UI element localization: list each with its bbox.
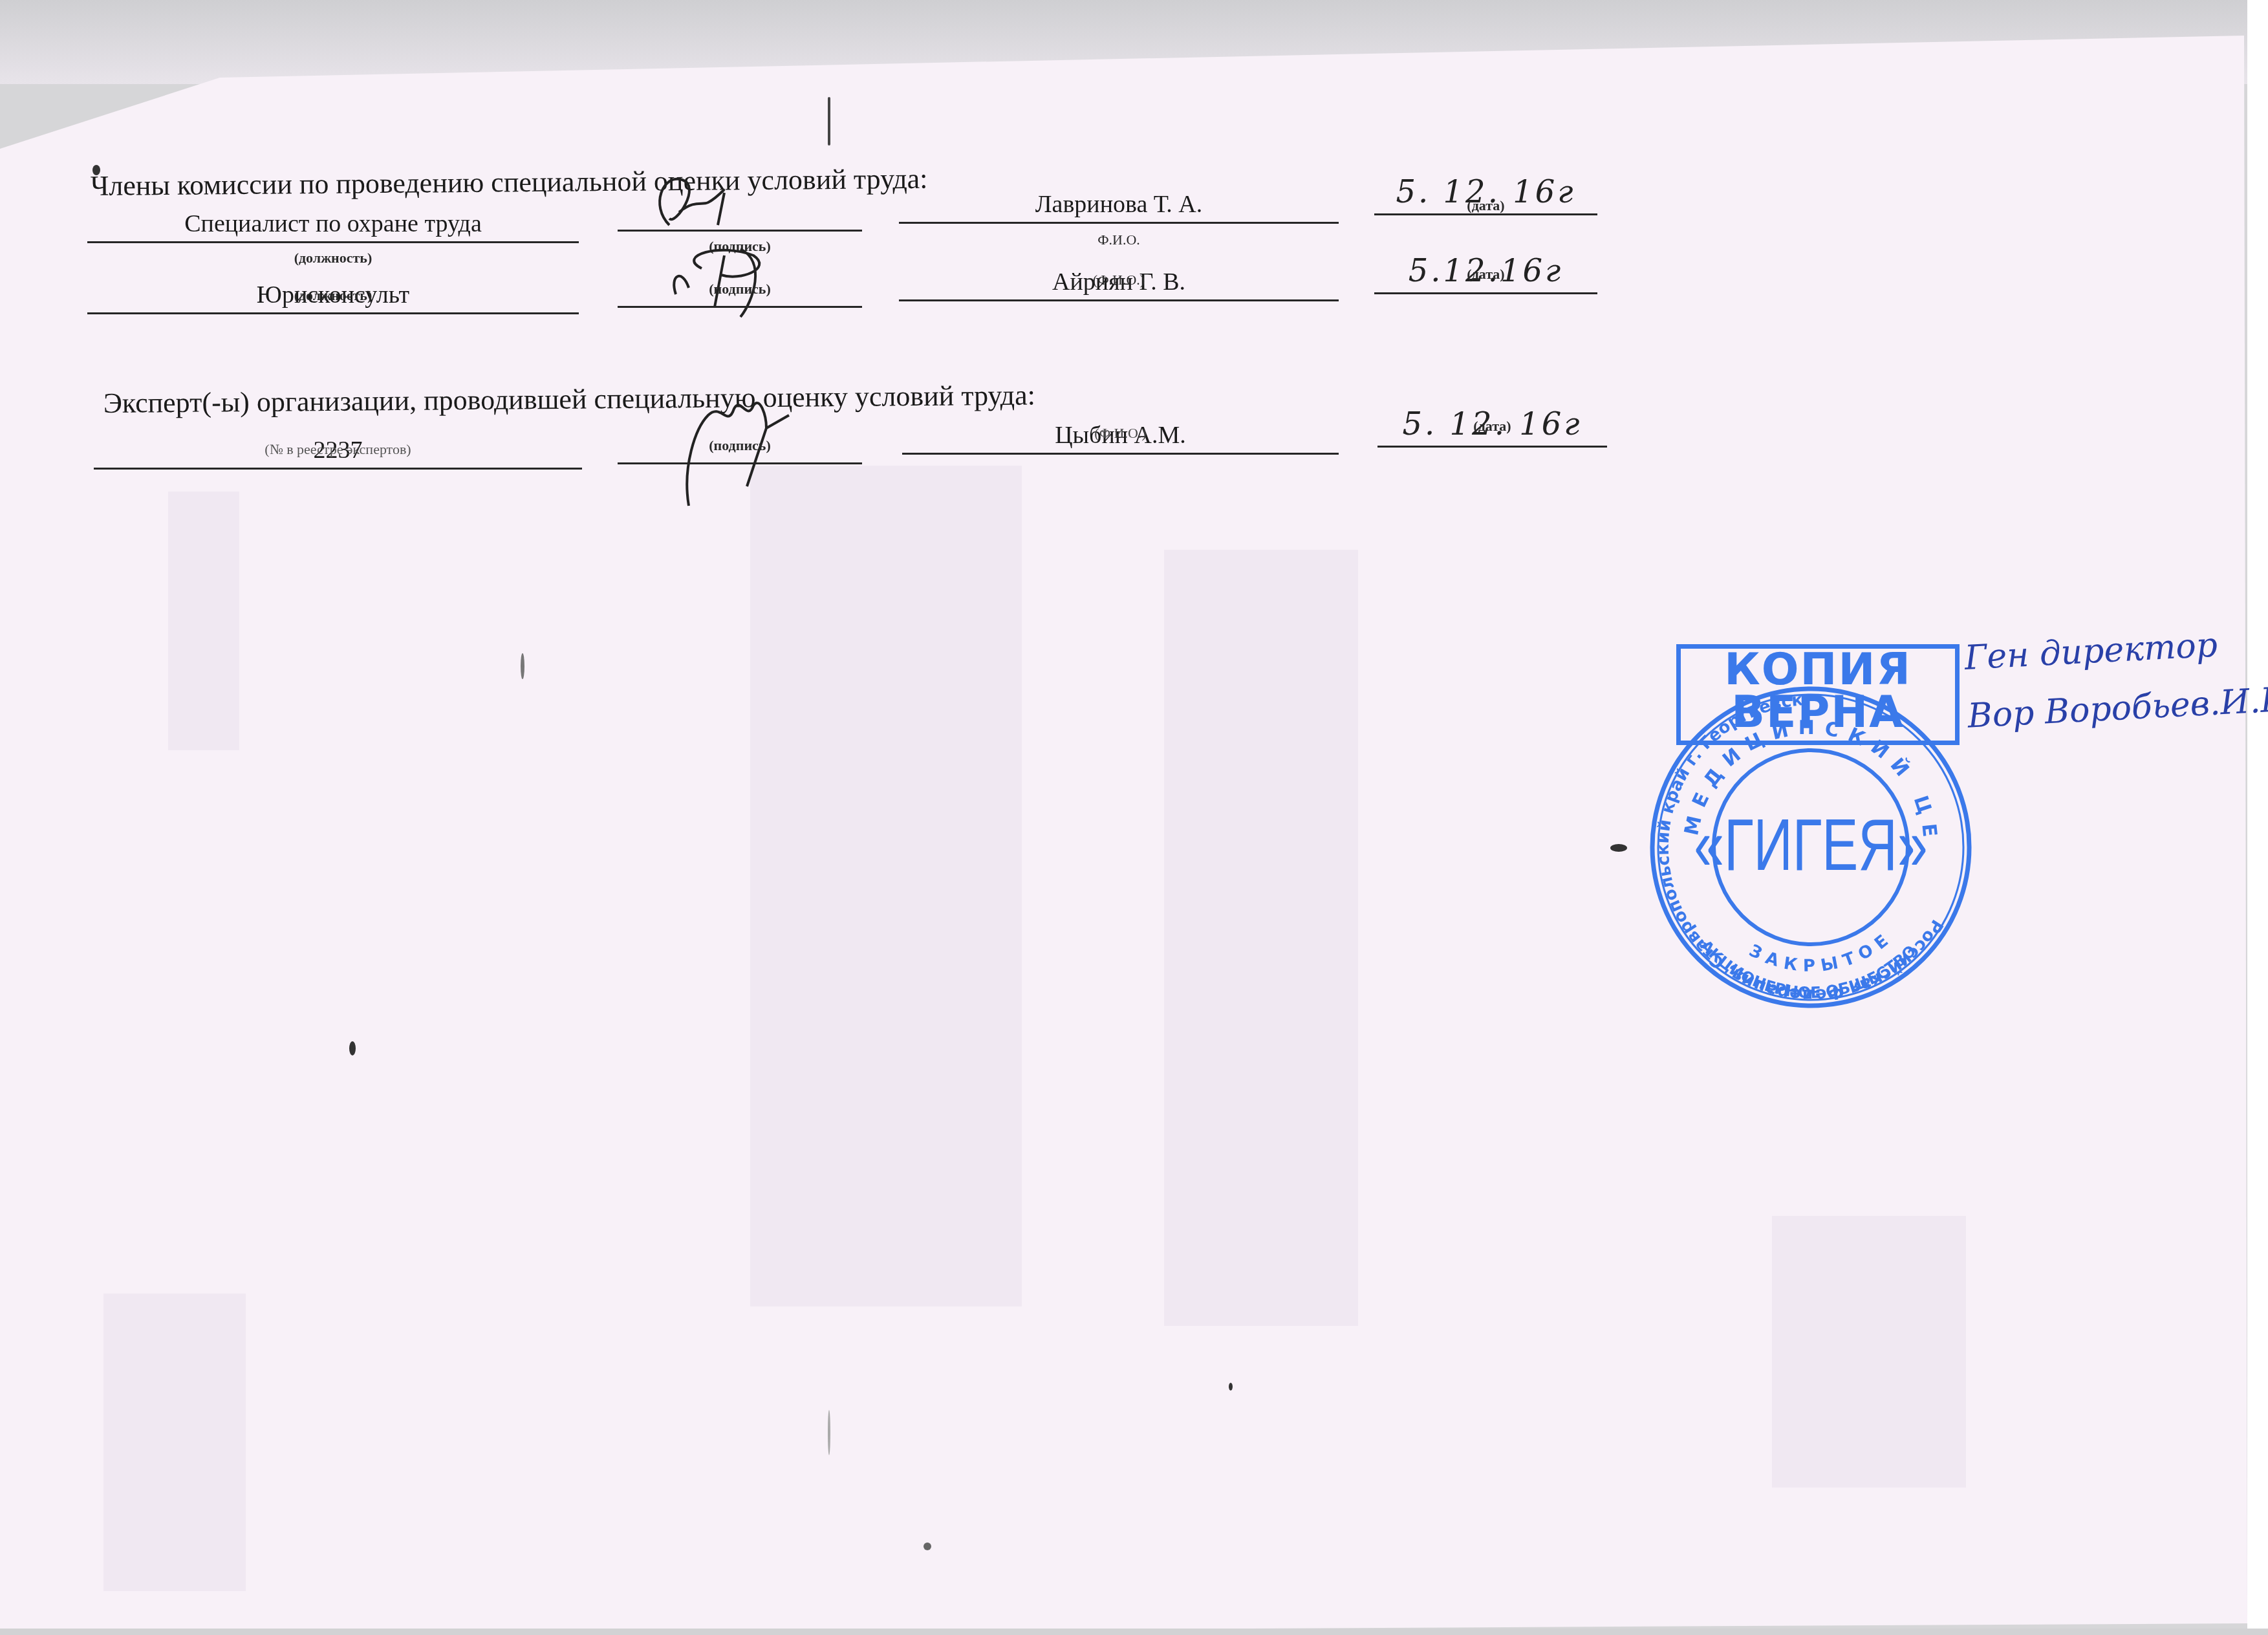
show-through-mark (750, 466, 1022, 1306)
date-caption: (дата) (1374, 266, 1597, 283)
member-1-position: Специалист по охране труда (87, 210, 579, 238)
member-1-position-field: Специалист по охране труда (должность) (87, 213, 579, 243)
date-caption: (дата) (1374, 197, 1597, 214)
registry-caption: (№ в реестре экспертов) (94, 441, 582, 458)
underline (87, 241, 579, 243)
expert-signature-field: (подпись) (618, 435, 862, 464)
member-1-name: Лавринова Т. А. (899, 190, 1339, 219)
show-through-mark (1164, 550, 1358, 1326)
copy-verified-stamp: КОПИЯ ВЕРНА (1676, 644, 1960, 745)
member-1-name-field: Лавринова Т. А. Ф.И.О. (899, 194, 1339, 224)
name-caption: (Ф.И.О.) (899, 272, 1339, 288)
member-2-name-field: Айриян Г. В. (Ф.И.О.) (899, 270, 1339, 301)
page-edge (2247, 0, 2268, 1635)
scan-speck (923, 1543, 931, 1550)
member-2-date-field: 5.12.16г (дата) (1374, 262, 1597, 294)
director-certification-note: Ген директор Вор Воробьев.И.В (1963, 612, 2268, 745)
position-caption: (должность) (87, 287, 579, 304)
signature-caption: (подпись) (618, 281, 862, 298)
scan-speck (521, 653, 524, 679)
expert-name-field: Цыбин А.М. (Ф.И.О.) (902, 424, 1339, 455)
scan-speck (828, 97, 830, 146)
stamp-line-1: КОПИЯ (1681, 649, 1955, 691)
member-2-position-field: Юрисконсульт (должность) (87, 285, 579, 314)
date-caption: (дата) (1377, 418, 1607, 435)
show-through-mark (103, 1294, 246, 1591)
name-caption: (Ф.И.О.) (902, 425, 1339, 442)
name-caption: Ф.И.О. (899, 232, 1339, 248)
scan-speck (1229, 1383, 1233, 1391)
stamp-line-2: ВЕРНА (1681, 691, 1955, 734)
member-2-signature-field: (подпись) (618, 278, 862, 308)
svg-text:«ГИГЕЯ»: «ГИГЕЯ» (1694, 805, 1927, 886)
scan-speck (828, 1410, 830, 1455)
signature-icon (650, 167, 766, 238)
expert-date-field: 5. 12. 16г (дата) (1377, 414, 1607, 448)
scan-speck (1610, 844, 1627, 852)
scan-speck (349, 1041, 356, 1056)
show-through-mark (168, 492, 239, 750)
member-1-date-field: 5. 12. 16г (дата) (1374, 184, 1597, 215)
signature-caption: (подпись) (618, 437, 862, 454)
scan-edge (0, 1629, 2268, 1635)
expert-registry-field: 2237 (№ в реестре экспертов) (94, 440, 582, 470)
show-through-mark (1772, 1216, 1966, 1488)
member-1-signature-field: (подпись) (618, 206, 862, 232)
scan-speck (92, 165, 100, 175)
position-caption: (должность) (87, 250, 579, 266)
